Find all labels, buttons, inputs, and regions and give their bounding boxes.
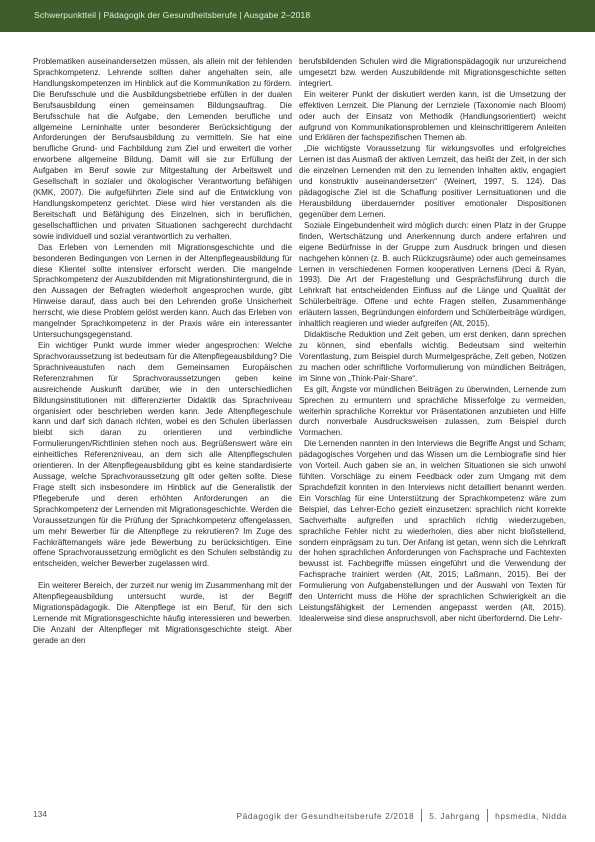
- divider: [487, 809, 488, 822]
- paragraph: berufsbildenden Schulen wird die Migrati…: [299, 57, 566, 90]
- journal-issue: Pädagogik der Gesundheitsberufe 2/2018: [236, 811, 414, 821]
- paragraph: Ein weiterer Punkt der diskutiert werden…: [299, 90, 566, 145]
- paragraph: Die Lernenden nannten in den Interviews …: [299, 439, 566, 625]
- paragraph: Das Erleben von Lernenden mit Migrations…: [33, 243, 292, 341]
- divider: [421, 809, 422, 822]
- paragraph: Didaktische Reduktion und Zeit geben, um…: [299, 330, 566, 385]
- page-number: 134: [33, 809, 47, 819]
- running-header-bar: Schwerpunktteil | Pädagogik der Gesundhe…: [0, 0, 595, 32]
- paragraph: Ein wichtiger Punkt wurde immer wieder a…: [33, 341, 292, 570]
- footer-publication-info: Pädagogik der Gesundheitsberufe 2/20185.…: [236, 809, 567, 822]
- left-text-column: Problematiken auseinandersetzen müssen, …: [33, 57, 292, 647]
- paragraph: „Die wichtigste Voraussetzung für wirkun…: [299, 144, 566, 220]
- paragraph: Es gilt, Ängste vor mündlichen Beiträgen…: [299, 385, 566, 440]
- right-text-column: berufsbildenden Schulen wird die Migrati…: [299, 57, 566, 625]
- publisher: hpsmedia, Nidda: [495, 811, 567, 821]
- paragraph: Problematiken auseinandersetzen müssen, …: [33, 57, 292, 243]
- paragraph: Soziale Eingebundenheit wird möglich dur…: [299, 221, 566, 330]
- paragraph: Ein weiterer Bereich, der zurzeit nur we…: [33, 581, 292, 647]
- running-header-title: Schwerpunktteil | Pädagogik der Gesundhe…: [34, 10, 310, 20]
- volume: 5. Jahrgang: [429, 811, 480, 821]
